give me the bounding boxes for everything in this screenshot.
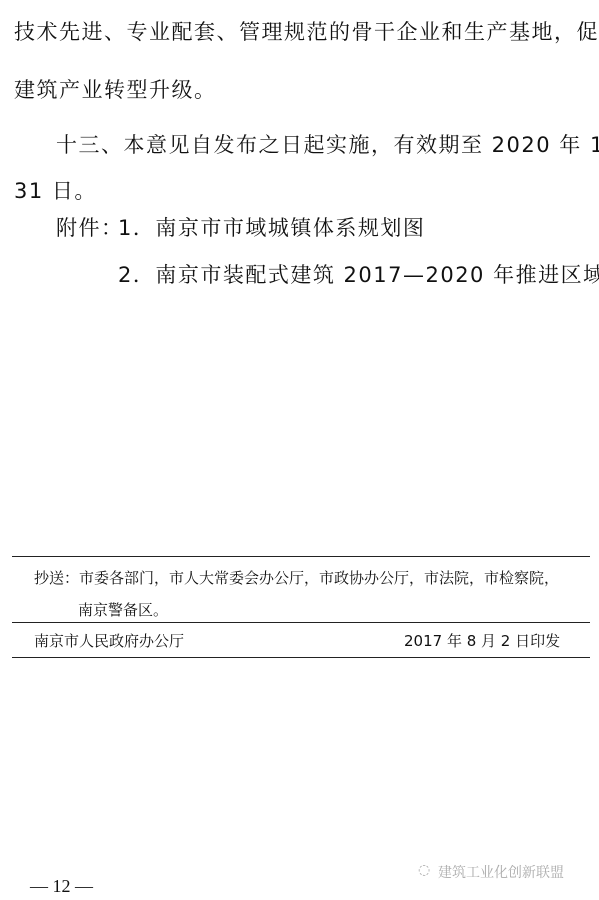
divider [12, 657, 590, 658]
paragraph-line: 十三、本意见自发布之日起实施，有效期至 2020 年 12 月 [56, 129, 599, 159]
watermark: 建筑工业化创新联盟 [438, 862, 564, 882]
paragraph-line: 建筑产业转型升级。 [14, 74, 217, 104]
wechat-icon: ◌ [418, 862, 430, 878]
page-number: — 12 — [30, 876, 93, 897]
paragraph-line: 技术先进、专业配套、管理规范的骨干企业和生产基地，促进 [14, 16, 599, 46]
divider [12, 556, 590, 557]
cc-line: 南京警备区。 [78, 599, 168, 620]
attachments-label: 附件： [56, 212, 124, 242]
attachment-item: 2．南京市装配式建筑 2017—2020 年推进区域示意图 [118, 259, 599, 289]
attachment-item: 1．南京市市域城镇体系规划图 [118, 212, 425, 242]
cc-line: 抄送：市委各部门，市人大常委会办公厅，市政协办公厅，市法院，市检察院， [34, 567, 559, 588]
paragraph-line: 31 日。 [14, 175, 97, 205]
issue-date: 2017 年 8 月 2 日印发 [404, 630, 560, 651]
divider [12, 622, 590, 623]
issuer: 南京市人民政府办公厅 [34, 630, 184, 651]
